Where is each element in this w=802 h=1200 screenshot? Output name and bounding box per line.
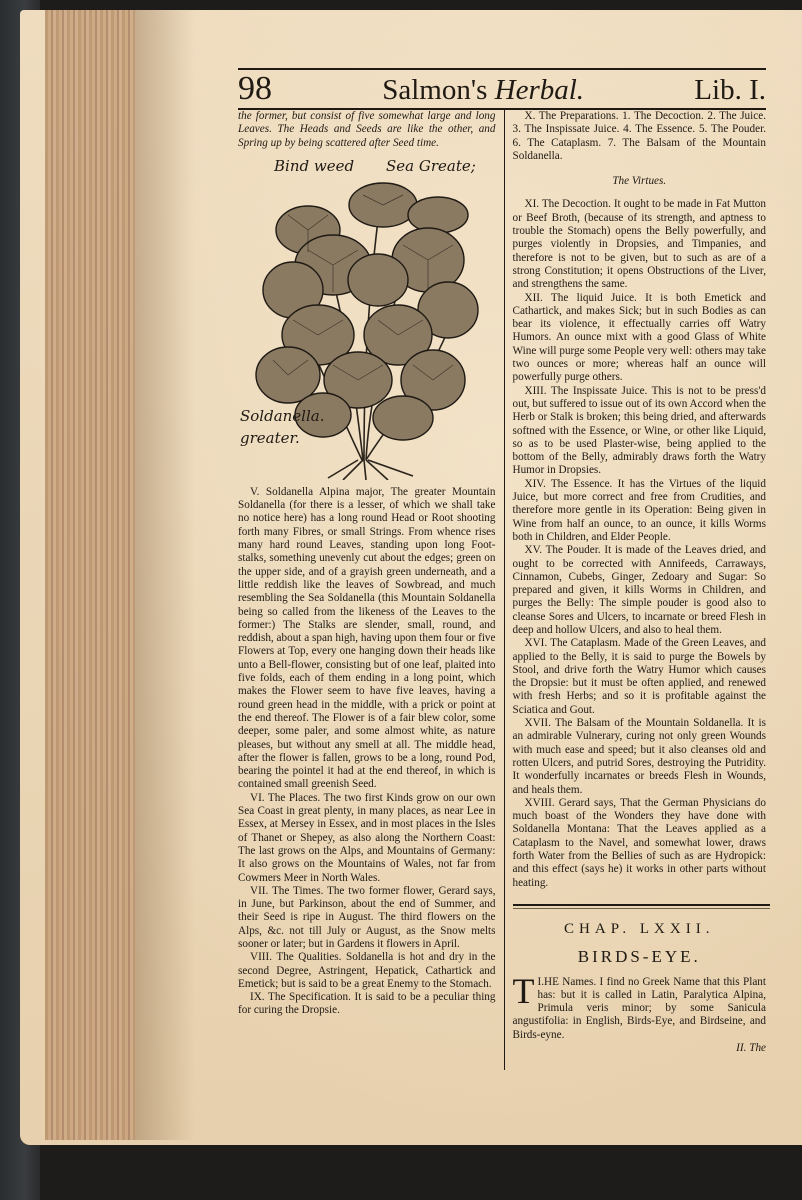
running-header: 98 Salmon's Herbal. Lib. I. bbox=[238, 72, 766, 106]
paragraph-xvi: XVI. The Cataplasm. Made of the Green Le… bbox=[513, 637, 767, 717]
paragraph-xiv: XIV. The Essence. It has the Virtues of … bbox=[513, 478, 767, 544]
illustration-label-greater: greater. bbox=[240, 432, 300, 445]
page-content: 98 Salmon's Herbal. Lib. I. the former, … bbox=[238, 68, 766, 1070]
paragraph-xiii: XIII. The Inspissate Juice. This is not … bbox=[513, 385, 767, 478]
chapter-title: BIRDS-EYE. bbox=[513, 950, 767, 963]
page-edges bbox=[45, 10, 135, 1140]
paragraph-ix: IX. The Specification. It is said to be … bbox=[238, 991, 496, 1018]
paragraph-xvii: XVII. The Balsam of the Mountain Soldane… bbox=[513, 717, 767, 797]
chapter-rule-thin bbox=[513, 908, 771, 909]
paragraph-xii: XII. The liquid Juice. It is both Emetic… bbox=[513, 292, 767, 385]
running-title: Salmon's Herbal. bbox=[382, 74, 584, 107]
book-number: Lib. I. bbox=[694, 74, 766, 107]
left-column: the former, but consist of five somewhat… bbox=[238, 110, 504, 1070]
header-rule-top bbox=[238, 68, 766, 70]
paragraph-v: V. Soldanella Alpina major, The greater … bbox=[238, 486, 496, 792]
paragraph-vi: VI. The Places. The two first Kinds grow… bbox=[238, 792, 496, 885]
chapter-number: CHAP. LXXII. bbox=[513, 923, 767, 936]
page-number: 98 bbox=[238, 72, 272, 106]
paragraph-viii: VIII. The Qualities. Soldanella is hot a… bbox=[238, 951, 496, 991]
paragraph-xi: XI. The Decoction. It ought to be made i… bbox=[513, 198, 767, 291]
chapter-first-paragraph: I.THE Names. I find no Greek Name that t… bbox=[513, 976, 767, 1042]
right-column: X. The Preparations. 1. The Decoction. 2… bbox=[504, 110, 767, 1070]
paragraph-vii: VII. The Times. The two former flower, G… bbox=[238, 885, 496, 951]
two-column-body: the former, but consist of five somewhat… bbox=[238, 110, 766, 1070]
illustration-label-soldanella: Soldanella. bbox=[240, 410, 325, 423]
woodcut-illustration: Bind weed Sea Greate; bbox=[238, 160, 496, 480]
virtues-heading: The Virtues. bbox=[513, 175, 767, 188]
drop-cap: T bbox=[513, 976, 535, 1006]
paragraph-x: X. The Preparations. 1. The Decoction. 2… bbox=[513, 110, 767, 163]
catchword: II. The bbox=[513, 1042, 767, 1055]
paragraph-xv: XV. The Pouder. It is made of the Leaves… bbox=[513, 544, 767, 637]
page-gutter-shadow bbox=[135, 10, 195, 1140]
chapter-rule bbox=[513, 904, 771, 906]
paragraph-xviii: XVIII. Gerard says, That the German Phys… bbox=[513, 797, 767, 890]
paragraph-continued: the former, but consist of five somewhat… bbox=[238, 110, 496, 150]
